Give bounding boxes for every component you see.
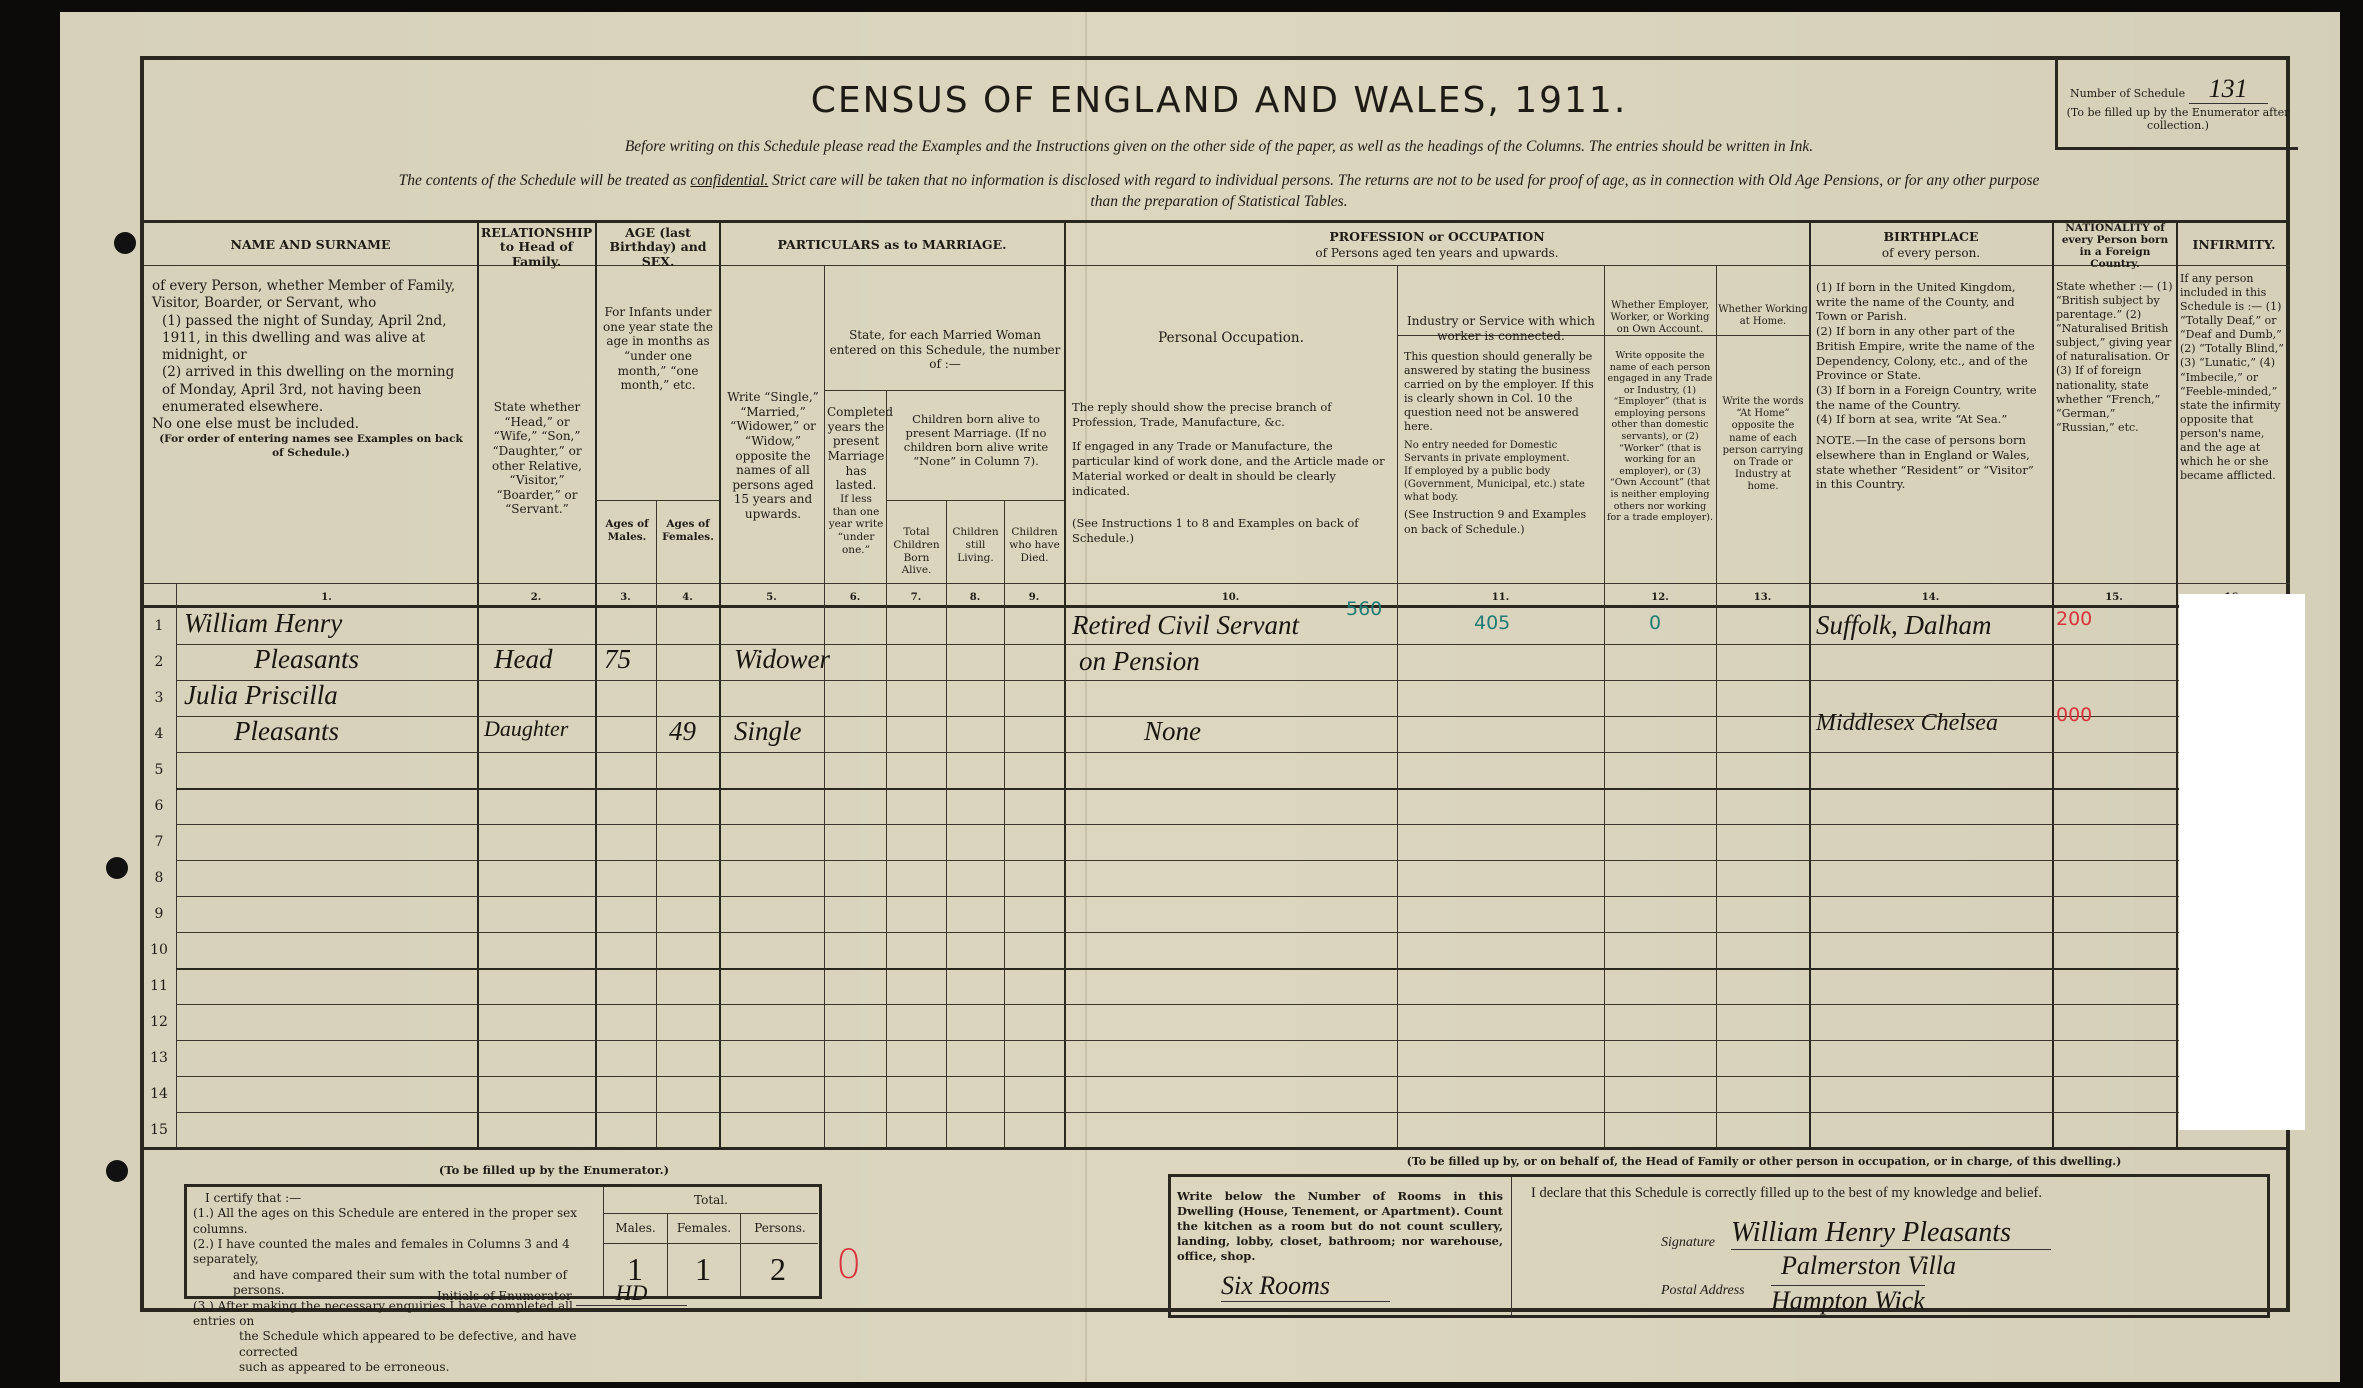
- schedule-number-box: Number of Schedule 131 (To be filled up …: [2055, 56, 2298, 150]
- form-title: CENSUS OF ENGLAND AND WALES, 1911.: [144, 80, 2294, 121]
- females-total[interactable]: 1: [695, 1251, 711, 1288]
- row-rule: [176, 896, 2290, 897]
- age-sub-rule: [595, 500, 719, 501]
- confidential-line-2: than the preparation of Statistical Tabl…: [144, 193, 2294, 211]
- postal-address-line-2[interactable]: Hampton Wick: [1771, 1285, 1925, 1316]
- heading-nationality: NATIONALITY of every Person born in a Fo…: [2055, 222, 2175, 270]
- certify-3c: such as appeared to be erroneous.: [193, 1360, 603, 1375]
- row-rule: [176, 968, 2290, 970]
- enumerator-box: I certify that :— (1.) All the ages on t…: [184, 1184, 822, 1299]
- children-sub-rule: [886, 500, 1064, 501]
- row-rule: [176, 1076, 2290, 1077]
- col-number: 13.: [1716, 592, 1809, 603]
- entry-name-line-2[interactable]: Pleasants: [234, 716, 339, 747]
- totals-rule: [604, 1243, 818, 1244]
- signature-label: Signature: [1661, 1235, 1715, 1251]
- col-number: 4.: [656, 592, 719, 603]
- birthplace-desc: (1) If born in the United Kingdom, write…: [1816, 280, 2048, 492]
- head-section-box: Write below the Number of Rooms in this …: [1168, 1174, 2270, 1318]
- table-top-rule: [144, 220, 2290, 223]
- row-rule: [176, 824, 2290, 825]
- heading-birthplace: BIRTHPLACE: [1812, 230, 2050, 244]
- census-form: CENSUS OF ENGLAND AND WALES, 1911. Befor…: [140, 56, 2290, 1312]
- persons-label: Persons.: [741, 1221, 819, 1236]
- row-rule: [176, 1004, 2290, 1005]
- personal-desc-1: The reply should show the precise branch…: [1072, 400, 1392, 429]
- col-number: 1.: [176, 592, 477, 603]
- col-number: 3.: [595, 592, 656, 603]
- redaction-box: [2179, 594, 2305, 1130]
- name-desc-1: (1) passed the night of Sunday, April 2n…: [152, 313, 470, 365]
- entry-age-male[interactable]: 75: [604, 644, 631, 675]
- head-section-heading: (To be filled up by, or on behalf of, th…: [1244, 1156, 2284, 1169]
- postal-address-label: Postal Address: [1661, 1283, 1745, 1299]
- row-number: 8: [144, 870, 174, 886]
- entry-birthplace[interactable]: Suffolk, Dalham: [1816, 610, 1992, 641]
- entry-name-line-1[interactable]: Julia Priscilla: [184, 680, 338, 711]
- name-desc-4: (For order of entering names see Example…: [152, 433, 470, 460]
- col-number: 12.: [1604, 592, 1716, 603]
- row-rule: [176, 680, 2290, 681]
- entry-marital-status[interactable]: Widower: [734, 644, 830, 675]
- confidential-line: The contents of the Schedule will be tre…: [144, 172, 2294, 190]
- row-number: 3: [144, 690, 174, 706]
- initials-row: Initials of Enumerator HD: [437, 1279, 687, 1307]
- heading-age: AGE (last Birthday) and SEX.: [598, 226, 718, 269]
- name-desc: of every Person, whether Member of Famil…: [152, 278, 470, 460]
- name-desc-2: (2) arrived in this dwelling on the morn…: [152, 364, 470, 416]
- rooms-divider: [1511, 1177, 1512, 1315]
- persons-total[interactable]: 2: [770, 1251, 786, 1288]
- col-number: 15.: [2052, 592, 2176, 603]
- industry-desc: This question should generally be answer…: [1404, 350, 1600, 537]
- rooms-instruction: Write below the Number of Rooms in this …: [1177, 1189, 1503, 1264]
- col-number: 5.: [719, 592, 824, 603]
- col-number: 7.: [886, 592, 946, 603]
- birthplace-desc-3: (3) If born in a Foreign Country, write …: [1816, 383, 2048, 412]
- row-number: 15: [144, 1122, 174, 1138]
- row-rule: [176, 788, 2290, 790]
- binding-hole: [106, 1160, 128, 1182]
- rooms-value[interactable]: Six Rooms: [1221, 1271, 1390, 1302]
- males-label: Males.: [604, 1221, 667, 1236]
- row-rule: [176, 932, 2290, 933]
- row-number: 1: [144, 618, 174, 634]
- home-label: Whether Working at Home.: [1718, 304, 1808, 328]
- industry-label: Industry or Service with which worker is…: [1400, 314, 1602, 343]
- relationship-desc: State whether “Head,” or “Wife,” “Son,” …: [482, 400, 592, 517]
- schedule-number-label: Number of Schedule: [2070, 87, 2185, 100]
- col-number: 8.: [946, 592, 1004, 603]
- heading-infirmity: INFIRMITY.: [2179, 238, 2289, 252]
- col-number: 2.: [477, 592, 595, 603]
- col-divider: [2052, 220, 2054, 1147]
- industry-code: 405: [1474, 612, 1510, 634]
- entry-relationship[interactable]: Daughter: [484, 716, 568, 742]
- personal-desc-2: If engaged in any Trade or Manufacture, …: [1072, 439, 1392, 498]
- entry-birthplace[interactable]: Middlesex Chelsea: [1816, 710, 1998, 737]
- birthplace-code: 000: [2056, 704, 2092, 726]
- row-number: 11: [144, 978, 174, 994]
- years-married-note: If less than one year write “under one.”: [827, 493, 885, 557]
- confidential-word: confidential.: [690, 172, 768, 189]
- home-desc: Write the words “At Home” opposite the n…: [1718, 396, 1808, 494]
- signature-value[interactable]: William Henry Pleasants: [1731, 1217, 2051, 1250]
- binding-hole: [114, 232, 136, 254]
- col-divider: [1604, 265, 1605, 1147]
- years-married-desc: Completed years the present Marriage has…: [827, 405, 885, 557]
- row-number: 6: [144, 798, 174, 814]
- employer-label: Whether Employer, Worker, or Working on …: [1606, 300, 1714, 337]
- row-number: 12: [144, 1014, 174, 1030]
- entry-marital-status[interactable]: Single: [734, 716, 802, 747]
- birthplace-note: NOTE.—In the case of persons born elsewh…: [1816, 433, 2048, 492]
- females-label: Females.: [668, 1221, 740, 1236]
- industry-desc-4: (See Instruction 9 and Examples on back …: [1404, 508, 1600, 536]
- col-divider: [719, 220, 721, 1147]
- row-number: 14: [144, 1086, 174, 1102]
- row-number: 4: [144, 726, 174, 742]
- children-desc: Children born alive to present Marriage.…: [889, 412, 1063, 468]
- certify-intro: I certify that :—: [193, 1191, 603, 1206]
- total-label: Total.: [604, 1193, 818, 1208]
- col-divider: [595, 220, 597, 1147]
- confidential-text-rest: Strict care will be taken that no inform…: [768, 172, 2039, 189]
- birthplace-desc-1: (1) If born in the United Kingdom, write…: [1816, 280, 2048, 324]
- males-total[interactable]: 1: [627, 1251, 643, 1288]
- birthplace-desc-4: (4) If born at sea, write “At Sea.”: [1816, 412, 2048, 427]
- row-number: 9: [144, 906, 174, 922]
- row-number: 13: [144, 1050, 174, 1066]
- ages-males-label: Ages of Males.: [598, 518, 656, 544]
- row-number: 2: [144, 654, 174, 670]
- instruction-line: Before writing on this Schedule please r…: [144, 138, 2294, 156]
- col-divider: [1064, 220, 1066, 1147]
- col-divider: [477, 220, 479, 1147]
- industry-desc-3: If employed by a public body (Government…: [1404, 466, 1600, 504]
- row-number: 7: [144, 834, 174, 850]
- red-check-mark: 0: [836, 1242, 861, 1288]
- heading-rule: [144, 265, 2290, 266]
- heading-marriage: PARTICULARS as to MARRIAGE.: [722, 238, 1062, 252]
- personal-desc-3: (See Instructions 1 to 8 and Examples on…: [1072, 516, 1392, 545]
- name-desc-3: No one else must be included.: [152, 416, 470, 433]
- heading-relationship: RELATIONSHIP to Head of Family.: [480, 226, 593, 269]
- certify-2a: (2.) I have counted the males and female…: [193, 1237, 603, 1268]
- schedule-number-row: Number of Schedule 131: [2058, 74, 2298, 104]
- row-rule: [176, 1040, 2290, 1041]
- schedule-number-value[interactable]: 131: [2189, 74, 2268, 104]
- employer-code: 0: [1649, 612, 1661, 634]
- col-divider: [824, 265, 825, 1147]
- occupation-code: 560: [1346, 598, 1382, 620]
- row-number: 10: [144, 942, 174, 958]
- colnum-rule: [144, 583, 2290, 584]
- have-died-label: Children who have Died.: [1006, 526, 1063, 564]
- col-divider: [1716, 265, 1717, 1147]
- table-bottom-rule: [144, 1147, 2290, 1150]
- employer-desc: Write opposite the name of each person e…: [1606, 350, 1714, 524]
- birthplace-desc-2: (2) If born in any other part of the Bri…: [1816, 324, 2048, 383]
- marital-status-desc: Write “Single,” “Married,” “Widower,” or…: [724, 390, 822, 522]
- col-divider: [1809, 220, 1811, 1147]
- subheading-birthplace: of every person.: [1812, 246, 2050, 261]
- confidential-text: The contents of the Schedule will be tre…: [399, 172, 691, 189]
- declaration-text: I declare that this Schedule is correctl…: [1531, 1185, 2042, 1202]
- row-rule: [176, 860, 2290, 861]
- col-number: 11.: [1397, 592, 1604, 603]
- initials-label: Initials of Enumerator: [437, 1289, 572, 1303]
- col-divider: [2176, 220, 2178, 1147]
- row-rule: [176, 1112, 2290, 1113]
- entry-age-female[interactable]: 49: [669, 716, 696, 747]
- ages-females-label: Ages of Females.: [658, 518, 718, 544]
- years-married-text: Completed years the present Marriage has…: [827, 405, 885, 493]
- personal-occupation-desc: The reply should show the precise branch…: [1072, 400, 1392, 546]
- schedule-number-note: (To be filled up by the Enumerator after…: [2058, 106, 2298, 132]
- personal-occupation-label: Personal Occupation.: [1067, 330, 1395, 346]
- totals-rule: [604, 1213, 818, 1214]
- entry-name-line-1[interactable]: William Henry: [184, 608, 342, 639]
- certify-1: (1.) All the ages on this Schedule are e…: [193, 1206, 603, 1237]
- age-desc: For Infants under one year state the age…: [598, 305, 718, 393]
- marriage-sub-rule: [824, 390, 1064, 391]
- entry-occupation-line-1[interactable]: Retired Civil Servant: [1072, 610, 1299, 641]
- birthplace-code: 200: [2056, 608, 2092, 630]
- nationality-desc: State whether :— (1) “British subject by…: [2056, 280, 2174, 435]
- entry-relationship[interactable]: Head: [494, 644, 552, 675]
- infirmity-desc: If any person included in this Schedule …: [2180, 272, 2288, 483]
- subheading-occupation: of Persons aged ten years and upwards.: [1067, 246, 1807, 261]
- name-desc-intro: of every Person, whether Member of Famil…: [152, 278, 470, 313]
- row-number: 5: [144, 762, 174, 778]
- married-woman-desc: State, for each Married Woman entered on…: [828, 328, 1062, 372]
- col-number: 9.: [1004, 592, 1064, 603]
- heading-name: NAME AND SURNAME: [144, 238, 477, 252]
- entry-name-line-2[interactable]: Pleasants: [254, 644, 359, 675]
- col-number: 6.: [824, 592, 886, 603]
- industry-desc-1: This question should generally be answer…: [1404, 350, 1600, 434]
- col-divider: [1397, 265, 1398, 1147]
- industry-desc-2: No entry needed for Domestic Servants in…: [1404, 440, 1600, 466]
- data-top-rule: [144, 605, 2290, 608]
- entry-occupation-line-2[interactable]: on Pension: [1079, 646, 1200, 677]
- heading-occupation: PROFESSION or OCCUPATION: [1067, 230, 1807, 244]
- row-rule: [176, 752, 2290, 753]
- still-living-label: Children still Living.: [948, 526, 1003, 564]
- postal-address-line-1[interactable]: Palmerston Villa: [1781, 1251, 1956, 1281]
- total-born-label: Total Children Born Alive.: [888, 526, 945, 577]
- entry-occupation[interactable]: None: [1144, 716, 1201, 747]
- certify-3b: the Schedule which appeared to be defect…: [193, 1329, 603, 1360]
- col-divider: [176, 583, 177, 1147]
- col-divider: [886, 390, 887, 1147]
- enumerator-heading: (To be filled up by the Enumerator.): [184, 1164, 924, 1177]
- col-number: 14.: [1809, 592, 2052, 603]
- binding-hole: [106, 857, 128, 879]
